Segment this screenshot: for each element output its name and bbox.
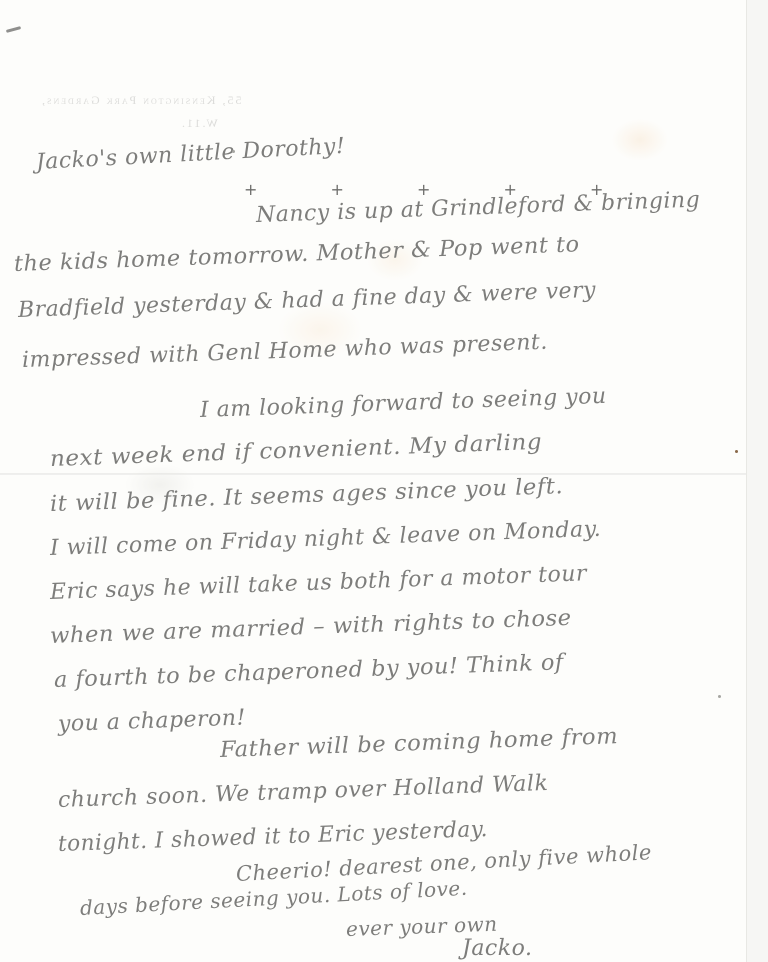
letter-line: when we are married – with rights to cho… <box>50 606 572 649</box>
letterhead-line-1: 55, Kensington Park Gardens, <box>40 93 242 107</box>
letter-line: you a chaperon! <box>58 705 247 737</box>
letter-line: it will be fine. It seems ages since you… <box>50 474 564 517</box>
ink-mark <box>6 26 21 33</box>
letter-line: tonight. I showed it to Eric yesterday. <box>58 817 489 857</box>
letter-line: Bradfield yesterday & had a fine day & w… <box>18 278 597 323</box>
paper-speck <box>735 450 738 453</box>
scan-margin <box>746 0 768 962</box>
paper-fold-crease <box>0 473 746 475</box>
letterhead-line-2: W.11. <box>40 116 340 131</box>
letter-line: I am looking forward to seeing you <box>200 384 607 423</box>
paper-speck <box>232 150 235 153</box>
paper-speck <box>718 695 721 698</box>
letter-line: Eric says he will take us both for a mot… <box>50 561 588 605</box>
letter-line: next week end if convenient. My darling <box>50 430 543 472</box>
salutation: Jacko's own little Dorothy! <box>35 134 346 175</box>
letter-line: Father will be coming home from <box>220 724 619 763</box>
letterhead-address: 55, Kensington Park Gardens, W.11. <box>40 93 340 131</box>
letter-line: I will come on Friday night & leave on M… <box>50 517 602 561</box>
letter-line: impressed with Genl Home who was present… <box>22 330 549 373</box>
letter-line: a fourth to be chaperoned by you! Think … <box>54 650 565 693</box>
letter-line: church soon. We tramp over Holland Walk <box>58 771 549 813</box>
letter-line: the kids home tomorrow. Mother & Pop wen… <box>14 232 580 277</box>
letter-signature: Jacko. <box>462 936 532 961</box>
letter-page: 55, Kensington Park Gardens, W.11. Jacko… <box>0 0 746 962</box>
